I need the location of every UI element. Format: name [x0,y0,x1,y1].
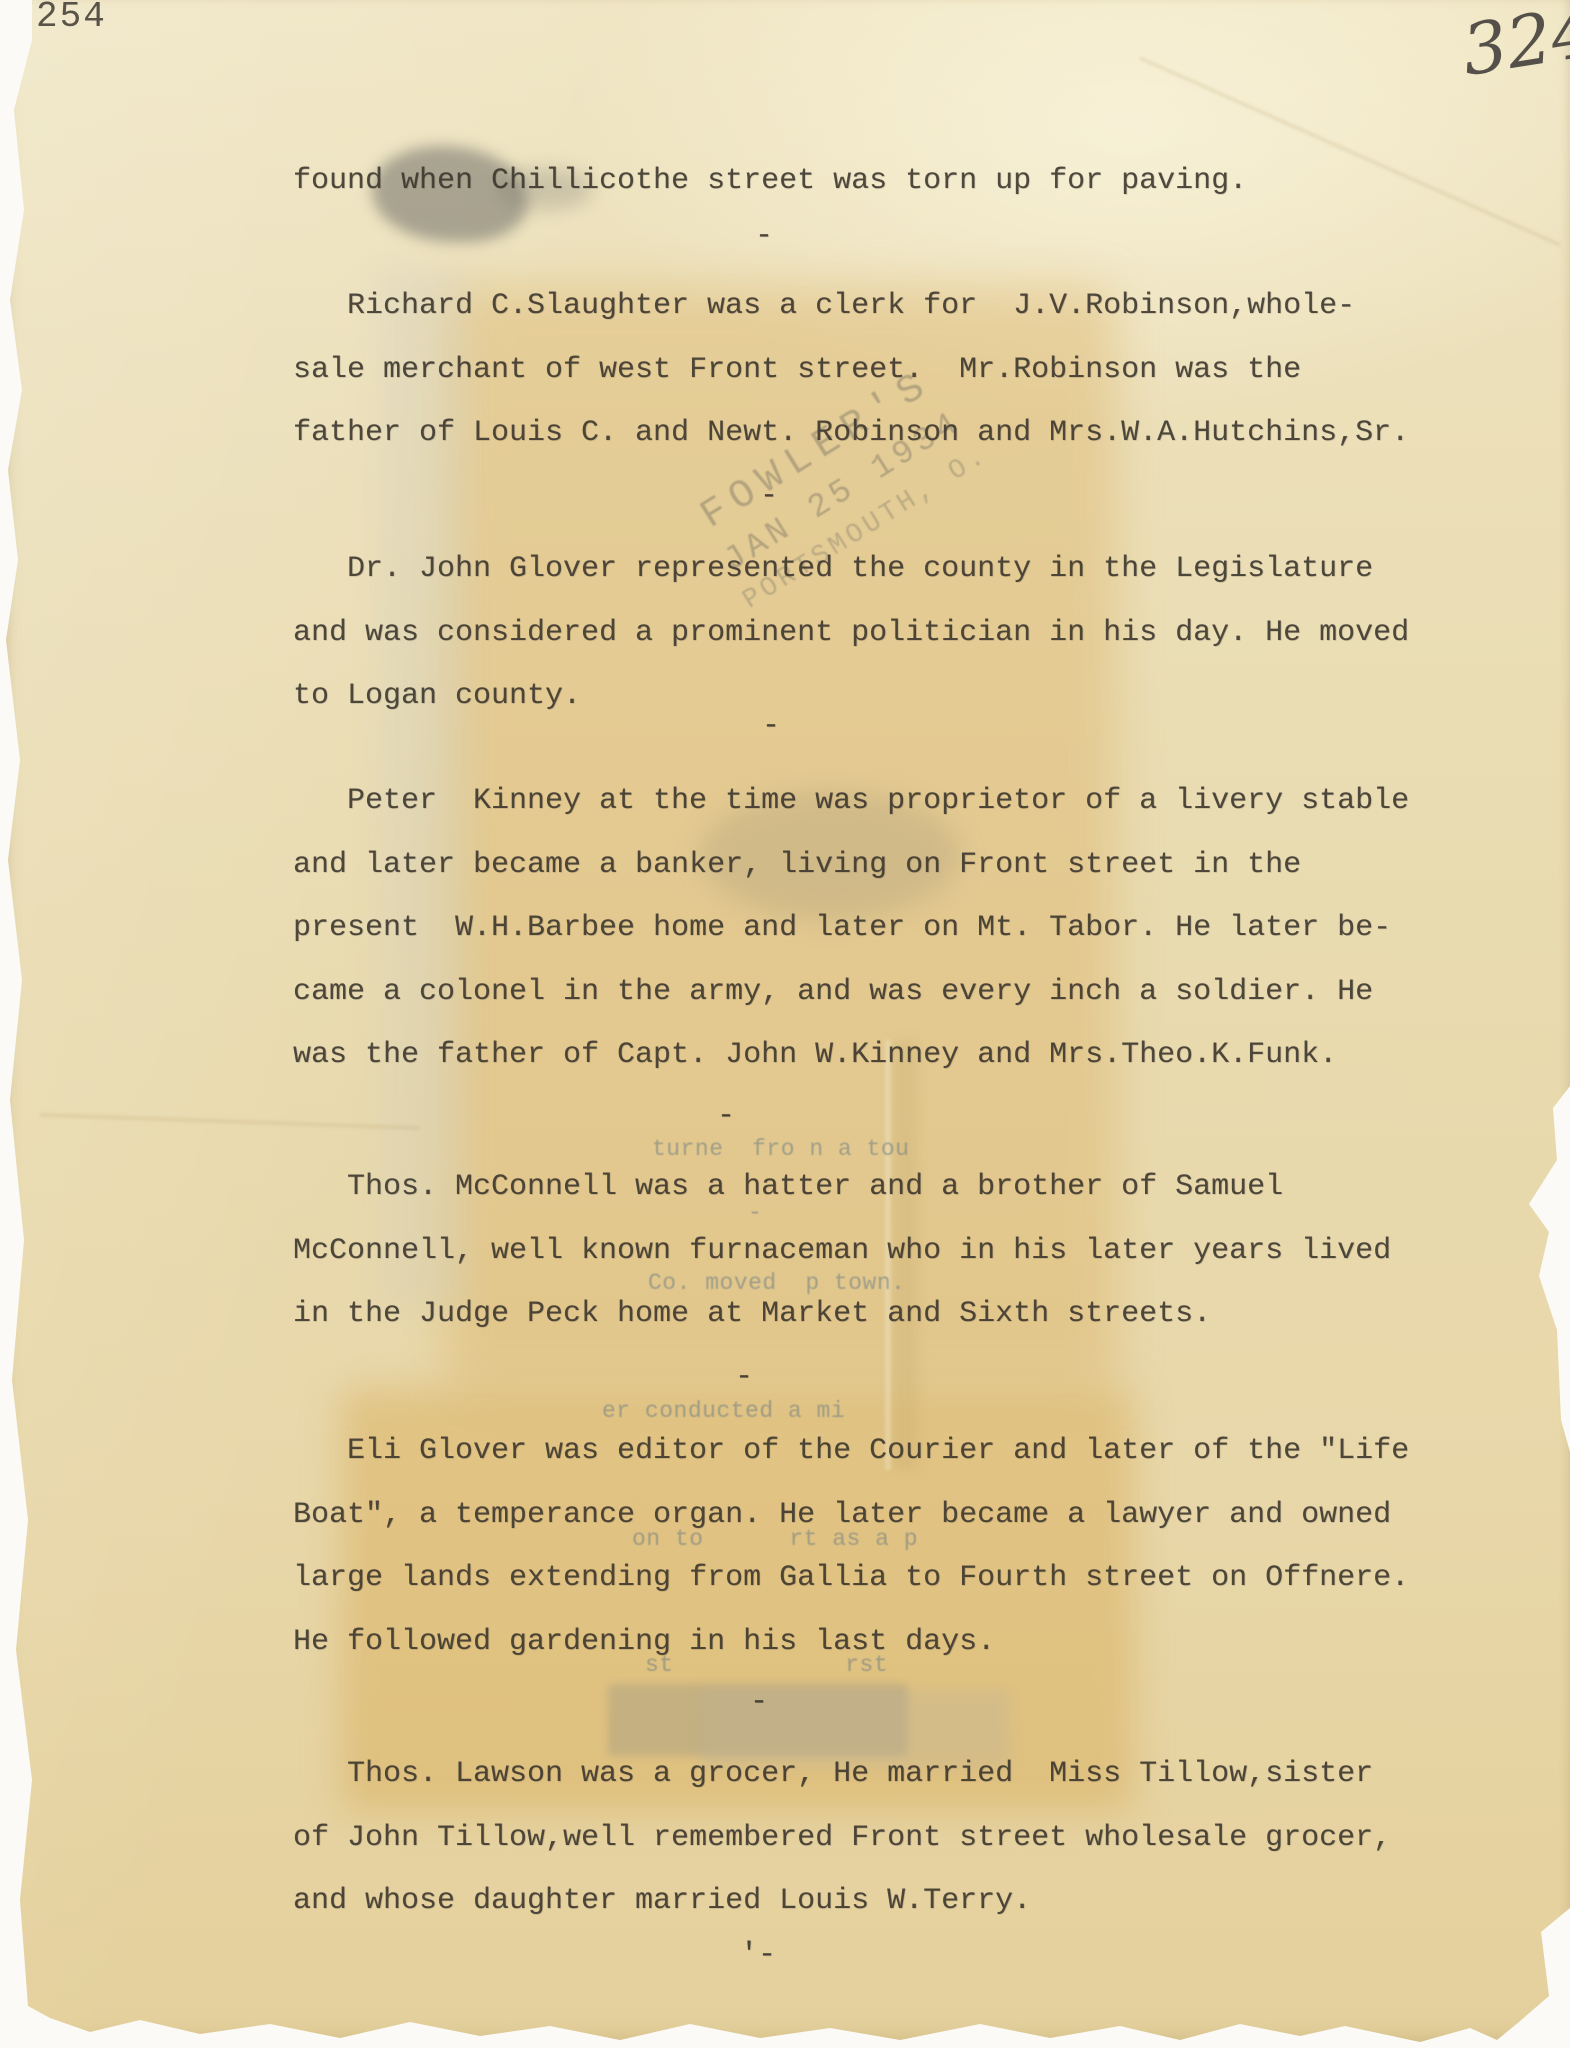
handwritten-page-number: 324 [1461,0,1570,93]
text-line: in the Judge Peck home at Market and Six… [293,1283,1391,1347]
scanned-document: FOWLER'S JAN 25 1934 PORTSMOUTH, O. turn… [0,0,1570,2048]
paragraph: Dr. John Glover represented the county i… [293,538,1409,729]
text-line: Dr. John Glover represented the county i… [293,538,1409,602]
crease-left-middle [40,1113,420,1129]
paragraph-separator: - [735,1346,753,1410]
text-line: and was considered a prominent politicia… [293,602,1409,666]
paragraph: Peter Kinney at the time was proprietor … [293,770,1409,1088]
typed-page-number: 254 [36,0,107,37]
text-line: Peter Kinney at the time was proprietor … [293,770,1409,834]
text-line: McConnell, well known furnaceman who in … [293,1220,1391,1284]
text-line: He followed gardening in his last days. [293,1611,1409,1675]
text-line: present W.H.Barbee home and later on Mt.… [293,897,1409,961]
paragraph: Eli Glover was editor of the Courier and… [293,1420,1409,1674]
text-line: Eli Glover was editor of the Courier and… [293,1420,1409,1484]
paragraph-separator: - [760,465,778,529]
text-line: large lands extending from Gallia to Fou… [293,1547,1409,1611]
text-line: Boat", a temperance organ. He later beca… [293,1484,1409,1548]
paragraph-separator: - [762,695,780,759]
text-line: and later became a banker, living on Fro… [293,834,1409,898]
paragraph-separator: '- [740,1924,776,1988]
text-line: father of Louis C. and Newt. Robinson an… [293,402,1409,466]
paragraph: Richard C.Slaughter was a clerk for J.V.… [293,275,1409,466]
text-line: and whose daughter married Louis W.Terry… [293,1870,1391,1934]
text-line: Richard C.Slaughter was a clerk for J.V.… [293,275,1409,339]
text-line: sale merchant of west Front street. Mr.R… [293,339,1409,403]
text-line: to Logan county. [293,665,1409,729]
text-line: Thos. Lawson was a grocer, He married Mi… [293,1743,1391,1807]
text-line: Thos. McConnell was a hatter and a broth… [293,1156,1391,1220]
paper-sheet: FOWLER'S JAN 25 1934 PORTSMOUTH, O. turn… [0,0,1570,2048]
text-line: was the father of Capt. John W.Kinney an… [293,1024,1409,1088]
paragraph: Thos. McConnell was a hatter and a broth… [293,1156,1391,1347]
paragraph-separator: - [717,1085,735,1149]
paragraph: Thos. Lawson was a grocer, He married Mi… [293,1743,1391,1934]
text-line: came a colonel in the army, and was ever… [293,961,1409,1025]
text-line: of John Tillow,well remembered Front str… [293,1807,1391,1871]
paragraph-separator: - [755,205,773,269]
paragraph-separator: - [750,1671,768,1735]
